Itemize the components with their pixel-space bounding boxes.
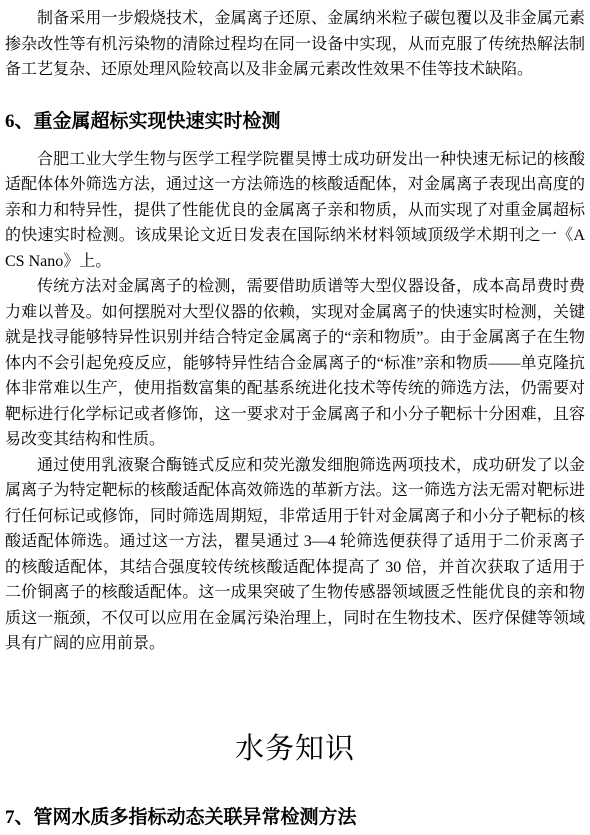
- section-6-paragraph-2: 传统方法对金属离子的检测，需要借助质谱等大型仪器设备，成本高昂费时费力难以普及。…: [5, 274, 585, 453]
- section-6-paragraph-3: 通过使用乳液聚合酶链式反应和荧光激发细胞筛选两项技术，成功研发了以金属离子为特定…: [5, 453, 585, 657]
- intro-paragraph: 制备采用一步煅烧技术，金属离子还原、金属纳米粒子碳包覆以及非金属元素掺杂改性等有…: [5, 6, 585, 83]
- document-page: 制备采用一步煅烧技术，金属离子还原、金属纳米粒子碳包覆以及非金属元素掺杂改性等有…: [0, 0, 590, 835]
- section-7-heading: 7、管网水质多指标动态关联异常检测方法: [5, 805, 585, 831]
- chapter-title: 水务知识: [5, 729, 585, 769]
- section-6-heading: 6、重金属超标实现快速实时检测: [5, 109, 585, 135]
- section-6-paragraph-1: 合肥工业大学生物与医学工程学院瞿昊博士成功研发出一种快速无标记的核酸适配体体外筛…: [5, 147, 585, 275]
